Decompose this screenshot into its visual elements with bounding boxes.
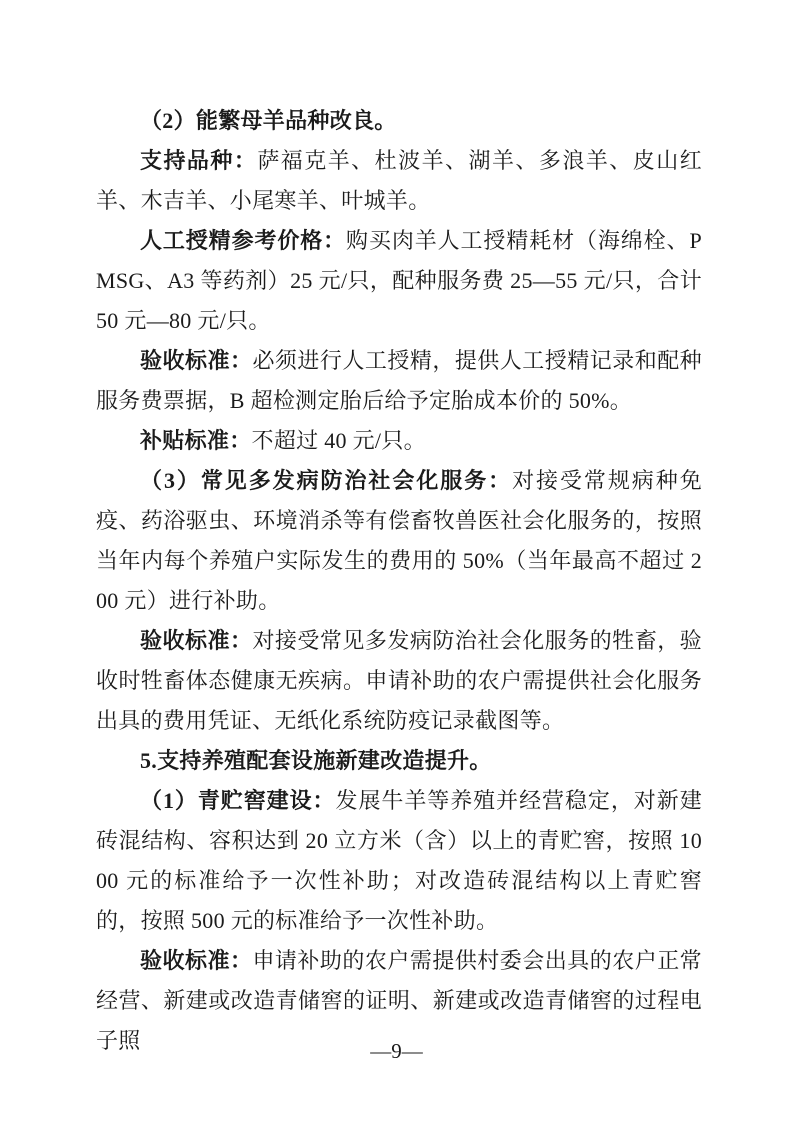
paragraph-label: （2）能繁母羊品种改良。 [140, 108, 397, 133]
document-body: （2）能繁母羊品种改良。 支持品种：萨福克羊、杜波羊、湖羊、多浪羊、皮山红羊、木… [96, 101, 702, 1061]
paragraph-ai-reference-price: 人工授精参考价格：购买肉羊人工授精耗材（海绵栓、PMSG、A3 等药剂）25 元… [96, 221, 702, 341]
paragraph-heading-disease-prevention-service: （3）常见多发病防治社会化服务：对接受常规病种免疫、药浴驱虫、环境消杀等有偿畜牧… [96, 461, 702, 621]
paragraph-label: 补贴标准： [140, 428, 252, 453]
paragraph-label: 支持品种： [140, 148, 257, 173]
paragraph-label: 验收标准： [140, 348, 252, 373]
paragraph-label: 人工授精参考价格： [140, 228, 346, 253]
paragraph-silage-pit-construction: （1）青贮窖建设：发展牛羊等养殖并经营稳定，对新建砖混结构、容积达到 20 立方… [96, 781, 702, 941]
page-number: —9— [370, 1039, 423, 1063]
page-footer: —9— [0, 1036, 793, 1066]
paragraph-label: （1）青贮窖建设： [140, 788, 336, 813]
document-page: （2）能繁母羊品种改良。 支持品种：萨福克羊、杜波羊、湖羊、多浪羊、皮山红羊、木… [0, 0, 793, 1122]
paragraph-text: 不超过 40 元/只。 [252, 428, 426, 453]
paragraph-heading-facility-upgrade: 5.支持养殖配套设施新建改造提升。 [96, 741, 702, 781]
paragraph-subsidy-standard: 补贴标准：不超过 40 元/只。 [96, 421, 702, 461]
paragraph-acceptance-standard-ai: 验收标准：必须进行人工授精，提供人工授精记录和配种服务费票据，B 超检测定胎后给… [96, 341, 702, 421]
paragraph-label: 验收标准： [140, 628, 252, 653]
paragraph-label: 验收标准： [140, 948, 252, 973]
paragraph-label: （3）常见多发病防治社会化服务： [140, 468, 512, 493]
paragraph-acceptance-standard-disease: 验收标准：对接受常见多发病防治社会化服务的牲畜，验收时牲畜体态健康无疾病。申请补… [96, 621, 702, 741]
paragraph-supported-breeds: 支持品种：萨福克羊、杜波羊、湖羊、多浪羊、皮山红羊、木吉羊、小尾寒羊、叶城羊。 [96, 141, 702, 221]
paragraph-label: 5.支持养殖配套设施新建改造提升。 [140, 748, 492, 773]
paragraph-heading-ewe-breed-improvement: （2）能繁母羊品种改良。 [96, 101, 702, 141]
